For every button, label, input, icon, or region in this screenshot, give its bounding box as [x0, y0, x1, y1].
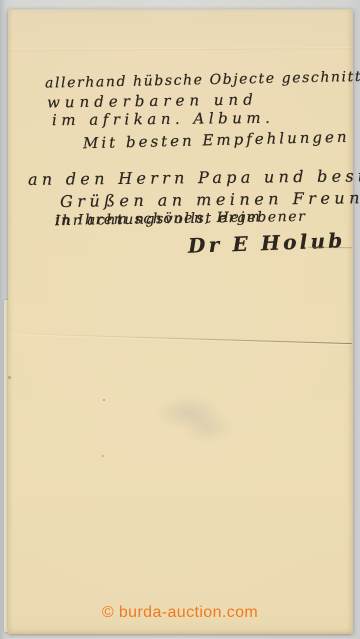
- handwriting-line-2: wunderbaren und: [47, 91, 258, 112]
- paper-speck: [103, 399, 105, 401]
- handwriting-line-6: Grüßen an meinen Freund: [60, 188, 360, 211]
- paper-speck: [8, 376, 11, 379]
- scanned-letter-background: allerhand hübsche Objecte geschnitten wu…: [0, 0, 360, 639]
- handwriting-line-5: an den Herrn Papa und besten: [28, 166, 360, 189]
- handwriting-line-3: im afrikan. Album.: [52, 109, 275, 129]
- watermark-text: © burda-auction.com: [0, 604, 360, 622]
- ink-showthrough-smudge: [152, 392, 234, 444]
- paper-speck: [102, 455, 104, 457]
